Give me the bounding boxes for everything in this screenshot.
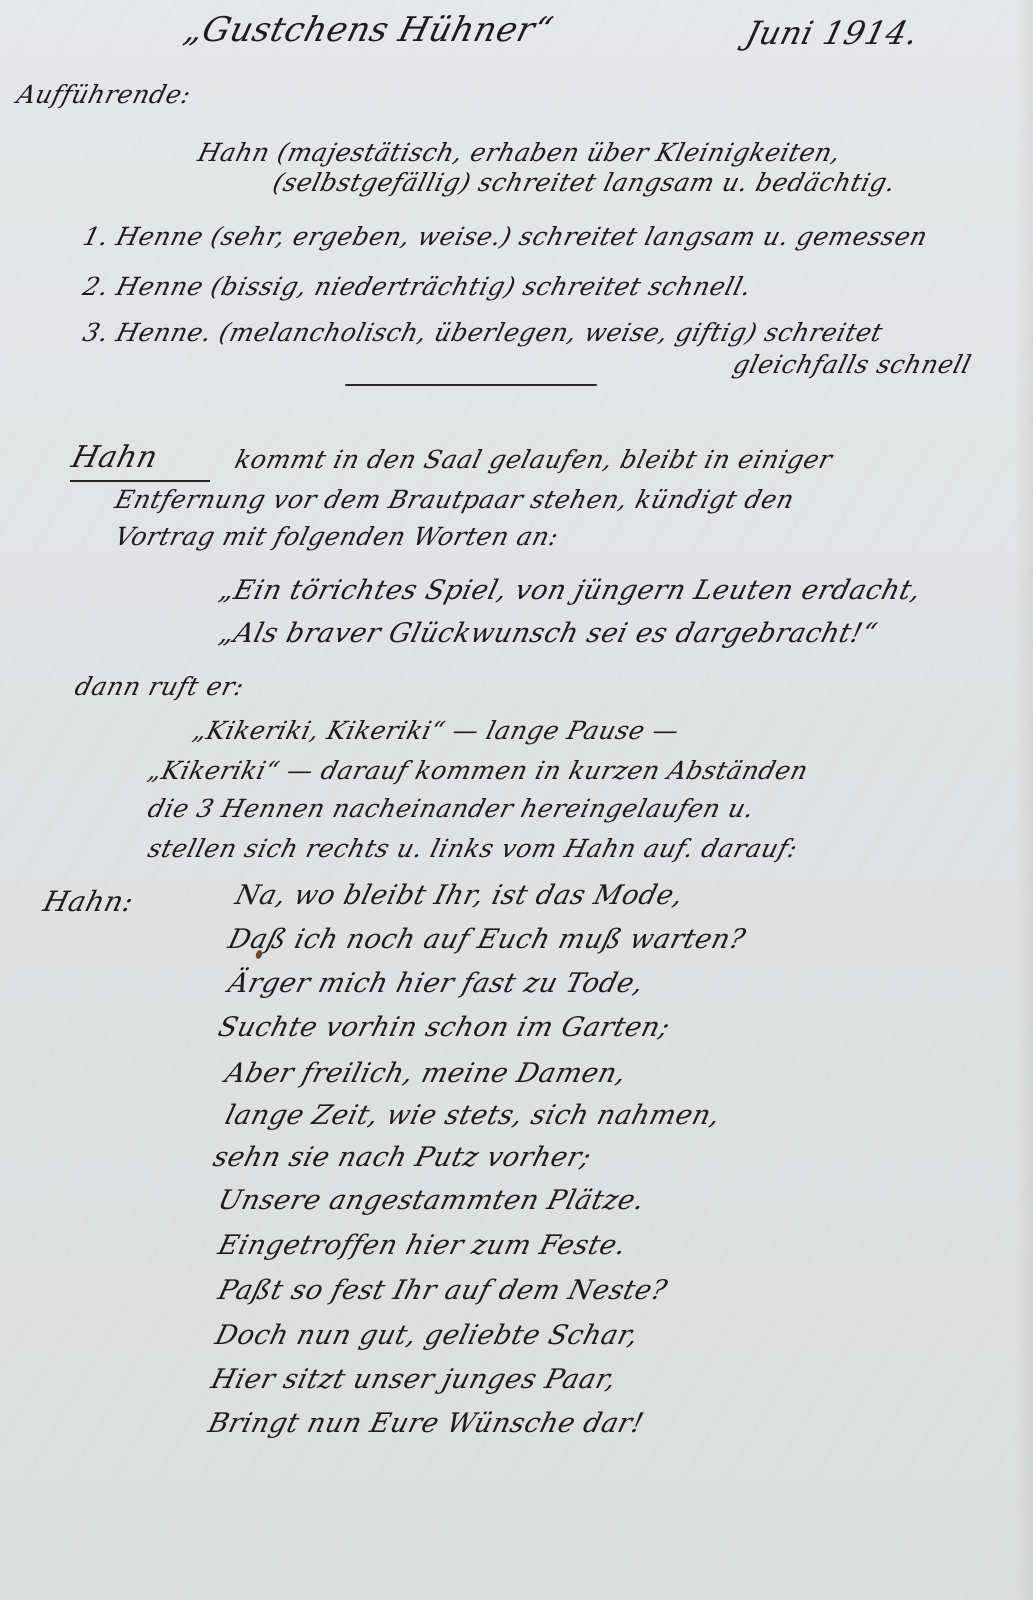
page-edge-shadow (1015, 0, 1033, 1600)
cast-hen-2: 2. Henne (bissig, niederträchtig) schrei… (80, 272, 755, 301)
verse-line: Doch nun gut, geliebte Schar, (212, 1320, 642, 1351)
verse-line: Paßt so fest Ihr auf dem Neste? (215, 1275, 671, 1306)
stage-direction-line-1: kommt in den Saal gelaufen, bleibt in ei… (232, 445, 835, 474)
verse-line: Na, wo bleibt Ihr, ist das Mode, (232, 880, 686, 911)
verse-line: Ärger mich hier fast zu Tode, (225, 968, 647, 999)
crow-line-4: stellen sich rechts u. links vom Hahn au… (145, 834, 801, 863)
document-title: „Gustchens Hühner“ (180, 10, 557, 50)
stage-direction-line-2: Entfernung vor dem Brautpaar stehen, kün… (112, 485, 797, 514)
stage-direction-line-3: Vortrag mit folgenden Worten an: (112, 522, 562, 551)
speaker-underline (70, 480, 210, 482)
crow-line-2: „Kikeriki“ — darauf kommen in kurzen Abs… (145, 756, 811, 785)
stage-speaker-rooster: Hahn (68, 440, 161, 475)
cast-rooster-line-2: (selbstgefällig) schreitet langsam u. be… (270, 168, 899, 197)
cast-rooster-line-1: Hahn (majestätisch, erhaben über Kleinig… (195, 138, 844, 167)
verse-line: lange Zeit, wie stets, sich nahmen, (222, 1100, 723, 1131)
announcement-quote-line-1: „Ein törichtes Spiel, von jüngern Leuten… (216, 575, 924, 606)
cast-hen-3: 3. Henne. (melancholisch, überlegen, wei… (80, 318, 886, 347)
verse-line: sehn sie nach Putz vorher; (210, 1142, 595, 1173)
manuscript-page: „Gustchens Hühner“ Juni 1914. Aufführend… (0, 0, 1033, 1600)
announcement-quote-line-2: „Als braver Glückwunsch sei es dargebrac… (216, 618, 881, 649)
verse-line: Suchte vorhin schon im Garten; (215, 1012, 673, 1043)
verse-line: Aber freilich, meine Damen, (222, 1058, 629, 1089)
cast-hen-1: 1. Henne (sehr, ergeben, weise.) schreit… (80, 222, 931, 251)
cast-heading: Aufführende: (14, 80, 194, 109)
verse-speaker-rooster: Hahn: (40, 885, 137, 918)
crow-line-3: die 3 Hennen nacheinander hereingelaufen… (145, 794, 757, 823)
verse-line: Eingetroffen hier zum Feste. (215, 1230, 629, 1261)
then-he-calls: dann ruft er: (72, 672, 247, 701)
document-date: Juni 1914. (742, 14, 923, 52)
section-divider (345, 384, 597, 386)
verse-line: Daß ich noch auf Euch muß warten? (225, 924, 749, 955)
verse-line: Bringt nun Eure Wünsche dar! (205, 1408, 647, 1439)
verse-line: Hier sitzt unser junges Paar, (208, 1364, 620, 1395)
verse-line: Unsere angestammten Plätze. (215, 1185, 648, 1216)
crow-line-1: „Kikeriki, Kikeriki“ — lange Pause — (190, 716, 682, 745)
cast-hen-3-continued: gleichfalls schnell (730, 350, 974, 379)
